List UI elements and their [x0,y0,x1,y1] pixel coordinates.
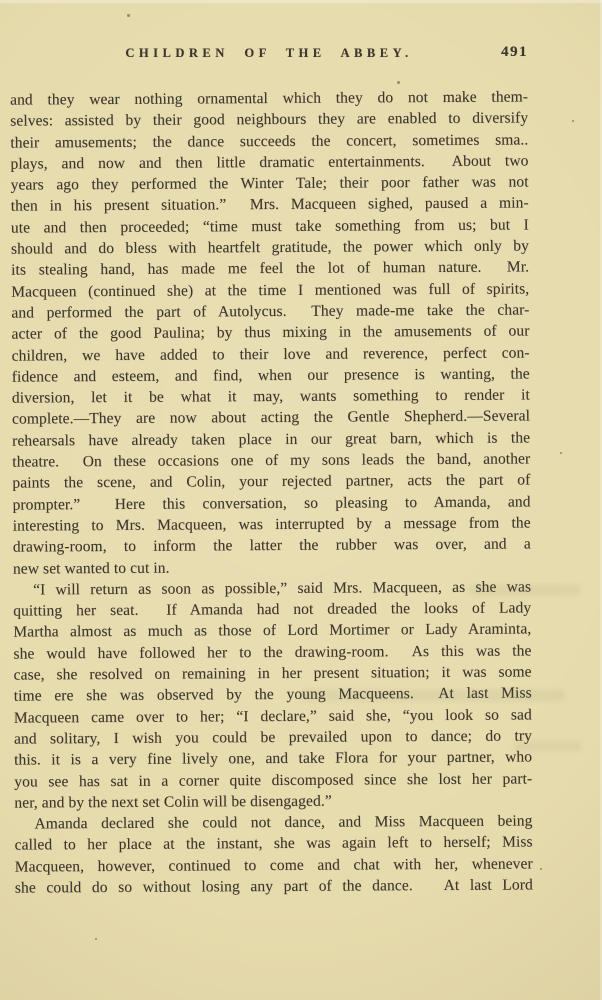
page-number: 491 [501,44,528,61]
scan-edge-top [0,0,602,3]
show-through-mark [468,585,580,595]
text-line: its stealing hand, has made me feel the … [11,257,529,281]
paragraph: and they wear nothing ornamental which t… [10,86,531,579]
text-line: complete.—They are now about acting the … [12,406,530,430]
running-header-title: CHILDREN OF THE ABBEY. [10,46,528,61]
paper-speck [95,938,97,940]
paper-speck [572,120,574,122]
text-line: children, we have added to their love an… [12,342,530,366]
text-line: called to her place at the instant, she … [15,832,533,856]
text-line: paints the scene, and Colin, your reject… [12,470,530,494]
paper-speck [560,452,562,454]
paper-speck [397,81,400,84]
text-line: their amusements; the dance succeeds the… [10,129,528,153]
text-line: drawing-room, to inform the latter the r… [13,534,531,558]
text-line: this. it is a very fine lively one, and … [14,747,532,771]
text-line: selves: assisted by their good neighbour… [10,108,528,132]
text-line: she could do so without losing any part … [15,874,533,898]
text-line: then in his present situation.” Mrs. Mac… [11,193,529,217]
show-through-mark [515,742,581,751]
show-through-mark [300,690,565,701]
text-line: acter of the good Paulina; by thus mixin… [11,321,529,345]
text-line: prompter.” Here this conversation, so pl… [12,491,530,515]
book-page-scan: CHILDREN OF THE ABBEY. 491 and they wear… [0,0,602,1000]
paper-speck [540,868,542,870]
running-header: CHILDREN OF THE ABBEY. 491 [10,46,528,64]
page-text: and they wear nothing ornamental which t… [10,86,533,898]
text-line: Macqueen came over to her; “I declare,” … [14,704,532,728]
paper-speck [127,14,130,17]
text-line: you see has sat in a corner quite discom… [14,768,532,792]
paragraph: Amanda declared she could not dance, and… [14,810,533,898]
paper-speck [62,330,64,332]
text-line: Martha almost as much as those of Lord M… [13,619,531,643]
